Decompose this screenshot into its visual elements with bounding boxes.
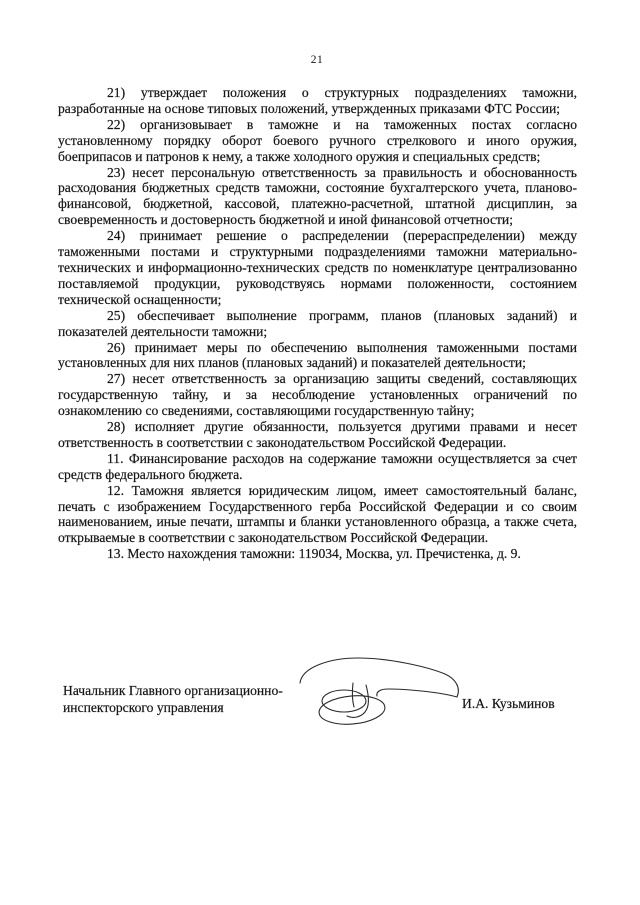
paragraph: 25) обеспечивает выполнение программ, пл… — [58, 308, 577, 340]
page-number: 21 — [0, 54, 634, 66]
paragraph: 12. Таможня является юридическим лицом, … — [58, 483, 577, 547]
signature-title-line-2: инспекторского управления — [63, 700, 283, 717]
paragraph: 22) организовывает в таможне и на таможе… — [58, 117, 577, 165]
signature-name: И.А. Кузьминов — [462, 696, 555, 712]
paragraph: 24) принимает решение о распределении (п… — [58, 228, 577, 308]
signature-title: Начальник Главного организационно- инспе… — [63, 683, 283, 716]
paragraph: 28) исполняет другие обязанности, пользу… — [58, 419, 577, 451]
paragraph: 13. Место нахождения таможни: 119034, Мо… — [58, 546, 577, 562]
document-page: 21 21) утверждает положения о структурны… — [0, 0, 640, 905]
paragraph: 21) утверждает положения о структурных п… — [58, 85, 577, 117]
paragraph: 23) несет персональную ответственность з… — [58, 165, 577, 229]
paragraph: 27) несет ответственность за организацию… — [58, 371, 577, 419]
handwritten-signature-icon — [292, 650, 472, 740]
paragraph: 11. Финансирование расходов на содержани… — [58, 451, 577, 483]
paragraph: 26) принимает меры по обеспечению выполн… — [58, 340, 577, 372]
body-text: 21) утверждает положения о структурных п… — [58, 85, 577, 562]
signature-title-line-1: Начальник Главного организационно- — [63, 683, 283, 700]
